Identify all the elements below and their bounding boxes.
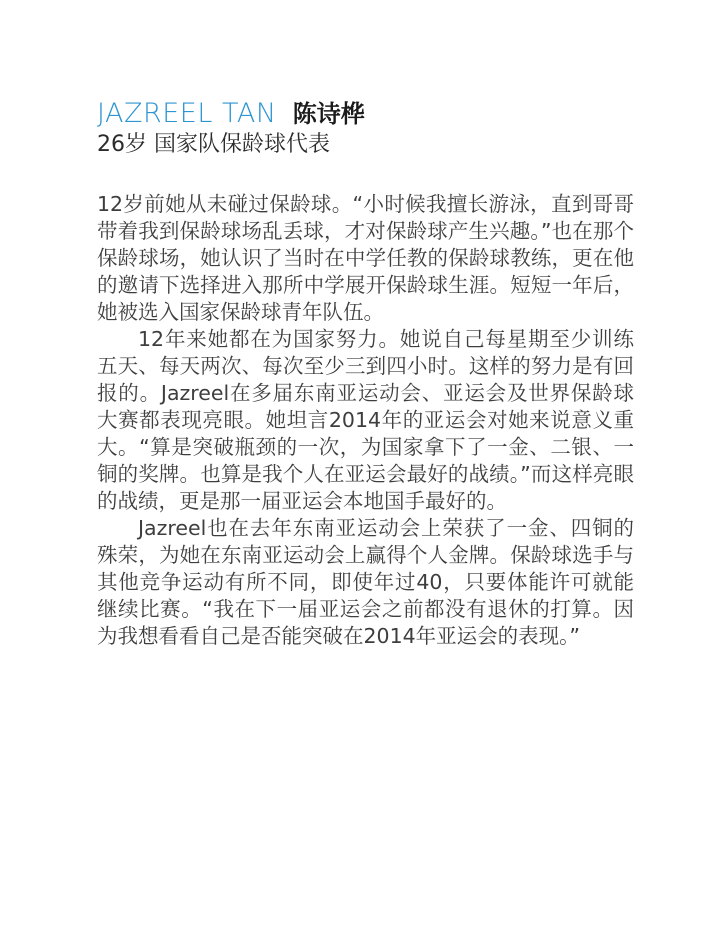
magazine-page: JAZREEL TAN 陈诗桦 26岁 国家队保龄球代表 12岁前她从未碰过保龄… — [0, 0, 720, 946]
article: JAZREEL TAN 陈诗桦 26岁 国家队保龄球代表 12岁前她从未碰过保龄… — [97, 96, 634, 650]
paragraph-2: 12年来她都在为国家努力。她说自己每星期至少训练五天、每天两次、每次至少三到四小… — [97, 326, 634, 515]
athlete-subtitle: 26岁 国家队保龄球代表 — [97, 132, 634, 158]
athlete-name-english: JAZREEL TAN — [97, 98, 277, 129]
article-body: 12岁前她从未碰过保龄球。“小时候我擅长游泳，直到哥哥带着我到保龄球场乱丢球，才… — [97, 191, 634, 650]
athlete-name-chinese: 陈诗桦 — [293, 100, 365, 128]
paragraph-1: 12岁前她从未碰过保龄球。“小时候我擅长游泳，直到哥哥带着我到保龄球场乱丢球，才… — [97, 191, 634, 326]
athlete-name-heading: JAZREEL TAN 陈诗桦 — [97, 96, 634, 129]
paragraph-3: Jazreel也在去年东南亚运动会上荣获了一金、四铜的殊荣，为她在东南亚运动会上… — [97, 515, 634, 650]
